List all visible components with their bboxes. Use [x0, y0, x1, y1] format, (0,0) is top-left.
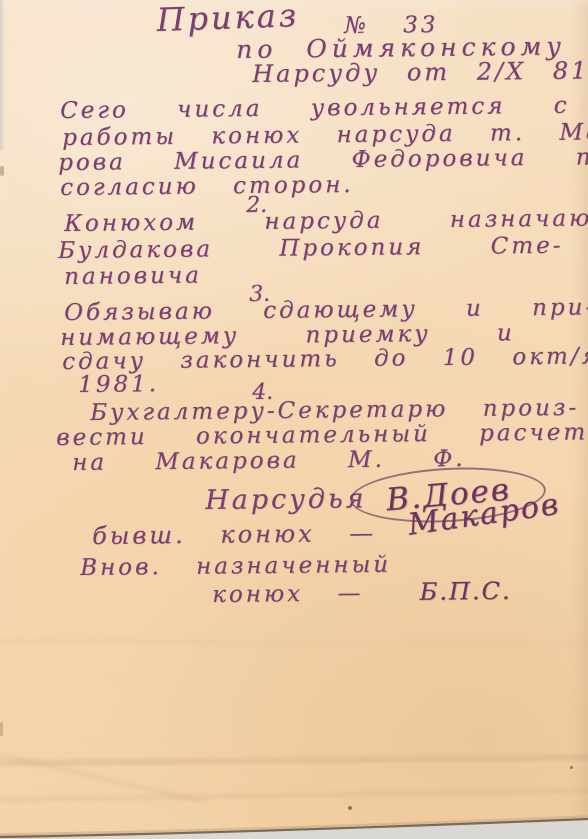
- edge-mark: [0, 166, 4, 176]
- paper-crease: [0, 753, 588, 768]
- para4-line-2: вести окончательный расчет: [56, 420, 588, 450]
- new-groom-role-text: конюх —: [212, 580, 364, 608]
- para3-line-3: сдачу закончить до 10 окт/я: [62, 344, 588, 374]
- new-groom-label-line2: конюх — Б.П.С.: [212, 579, 512, 607]
- ink-speck: [348, 806, 352, 810]
- paper-crease: [0, 638, 588, 650]
- new-groom-label-line1: Внов. назначенный: [80, 553, 391, 580]
- para2-line-1: Конюхом нарсуда назначаю: [64, 206, 588, 236]
- para1-line-1: Сего числа увольняется с: [60, 94, 570, 123]
- edge-mark: [0, 722, 3, 736]
- former-groom-label: бывш. конюх —: [92, 521, 376, 549]
- scanned-page-container: Приказ № 33 по Оймяконскому Нарсуду от 2…: [0, 0, 588, 839]
- paper-crease: [0, 788, 588, 805]
- para3-line-4: 1981.: [78, 372, 159, 397]
- ink-speck: [570, 766, 573, 769]
- para4-line-3: на Макарова М. Ф.: [72, 447, 466, 475]
- para1-line-3: рова Мисаила Федоровича по: [58, 145, 588, 175]
- order-title: Приказ: [156, 0, 300, 38]
- new-groom-initials: Б.П.С.: [420, 577, 512, 606]
- para2-line-3: пановича: [64, 264, 202, 290]
- paper-crease: [0, 745, 208, 807]
- para1-line-4: согласию сторон.: [60, 173, 354, 200]
- judge-role-label: Нарсудья: [205, 485, 367, 515]
- para2-line-2: Булдакова Прокопия Сте-: [58, 234, 564, 263]
- paper-sheet: Приказ № 33 по Оймяконскому Нарсуду от 2…: [0, 0, 588, 839]
- header-date-line: Нарсуду от 2/X 81г.: [252, 58, 588, 87]
- scanner-edge-sliver: [0, 0, 5, 150]
